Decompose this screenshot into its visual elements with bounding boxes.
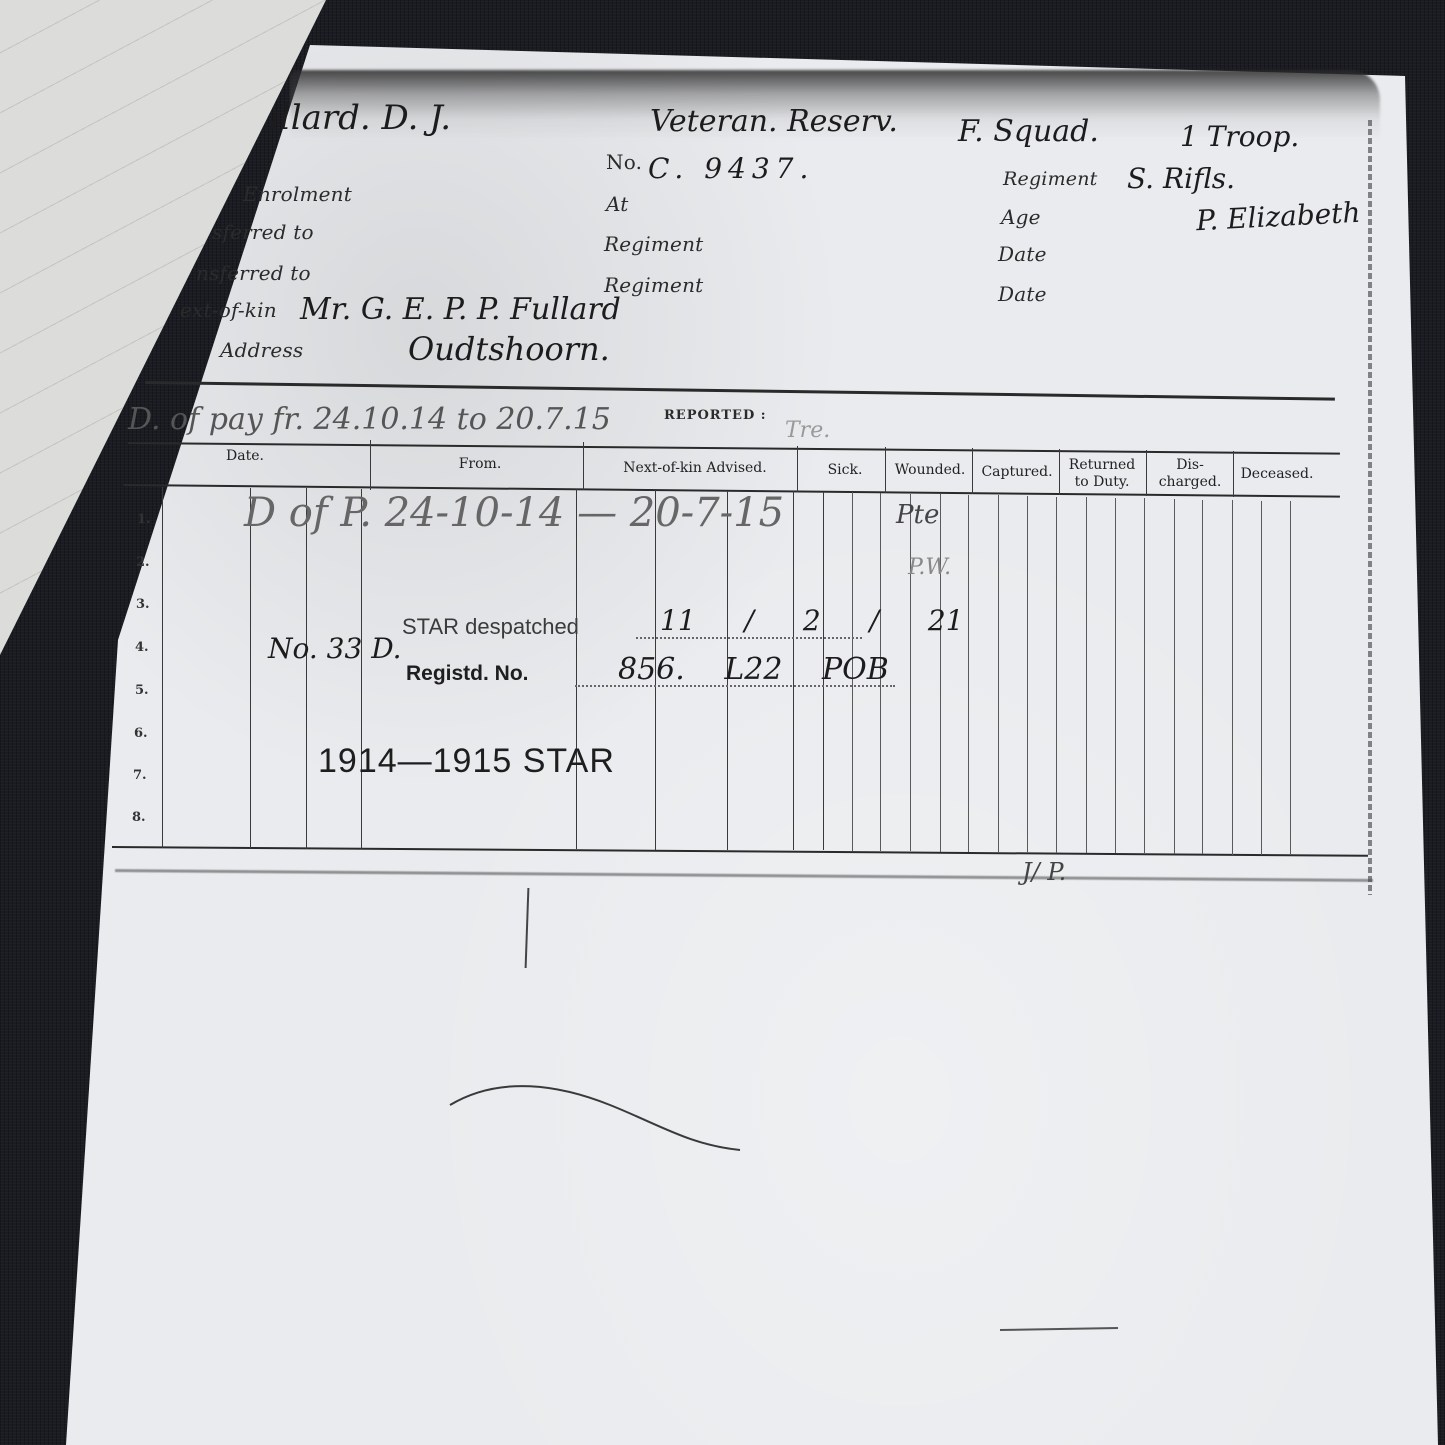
col-wounded: Wounded. <box>888 462 972 479</box>
right-regiment-label: Regiment <box>1003 168 1098 190</box>
table-column-line <box>361 489 362 849</box>
at-label: At <box>606 192 629 216</box>
address-label: Address <box>220 338 303 362</box>
col-sick: Sick. <box>805 462 885 479</box>
table-column-line <box>576 489 577 849</box>
col-date: Date. <box>190 448 300 465</box>
table-column-line <box>306 488 307 848</box>
table-column-line <box>1261 501 1262 855</box>
table-column-line <box>910 494 911 852</box>
star-despatched-dots <box>636 637 862 639</box>
row-number-4: 4. <box>135 640 149 655</box>
row-number-7: 7. <box>133 768 147 783</box>
row-number-1: 1. <box>137 512 151 527</box>
transferred-label-2: nsferred to <box>196 261 311 285</box>
row-number-2: 2. <box>136 555 150 570</box>
col-from: From. <box>420 456 540 473</box>
row1-entry: D of P. 24-10-14 — 20-7-15 <box>244 490 784 536</box>
table-column-line <box>162 487 163 848</box>
right-regiment-value: S. Rifls. <box>1127 162 1235 195</box>
col-sep <box>885 447 886 493</box>
row1-rank: Pte <box>896 500 939 530</box>
col-captured: Captured. <box>975 464 1059 481</box>
col-deceased: Deceased. <box>1236 466 1318 483</box>
row-number-8: 8. <box>132 810 146 825</box>
table-column-line <box>250 488 251 849</box>
table-column-line <box>1056 497 1057 853</box>
star-despatched-date: 11 / 2 / 21 <box>660 604 964 637</box>
registd-label: Registd. No. <box>406 662 529 686</box>
table-column-line <box>940 494 941 851</box>
soldier-name: ullard. D. J. <box>258 98 451 138</box>
table-column-line <box>1202 500 1203 855</box>
medal-stamp: 1914—1915 STAR <box>318 742 615 781</box>
col-sep <box>972 448 973 494</box>
col-sep <box>797 446 798 492</box>
footer-initials: J/ P. <box>1022 858 1066 886</box>
service-number: C. 9437. <box>648 152 814 185</box>
col-sep <box>1146 450 1147 496</box>
age-label: Age <box>1001 205 1041 229</box>
pay-annotation: D. of pay fr. 24.10.14 to 20.7.15 <box>128 402 611 437</box>
date-label-2: Date <box>998 282 1047 306</box>
row-number-3: 3. <box>136 597 150 612</box>
table-column-line <box>998 495 999 852</box>
transferred-label-1: sferred to <box>212 220 314 244</box>
table-column-line <box>1232 500 1233 854</box>
next-of-kin-value: Mr. G. E. P. P. Fullard <box>300 292 621 327</box>
enrolment-label: Enrolment <box>243 182 352 206</box>
address-value: Oudtshoorn. <box>408 330 610 368</box>
pay-annotation-tail: Tre. <box>785 418 830 443</box>
squad-name: F. Squad. <box>958 114 1099 149</box>
table-column-line <box>968 495 969 852</box>
col-returned-to-duty: Returned to Duty. <box>1060 457 1144 491</box>
regiment-label-1: Regiment <box>604 232 703 256</box>
number-label: No. <box>606 150 642 174</box>
pencil-curve <box>440 1075 760 1155</box>
troop-name: 1 Troop. <box>1180 120 1299 153</box>
row2-note: P.W. <box>908 555 951 580</box>
table-column-line <box>1290 501 1291 855</box>
col-sep <box>583 442 584 490</box>
registd-number: 856. L22 POB <box>618 652 889 687</box>
row-number-5: 5. <box>135 683 149 698</box>
table-column-line <box>1086 497 1087 853</box>
table-column-line <box>1144 498 1145 853</box>
row-number-6: 6. <box>134 726 148 741</box>
reported-label: REPORTED : <box>664 408 767 423</box>
date-label-1: Date <box>998 242 1047 266</box>
side-note: No. 33 D. <box>268 632 402 665</box>
scan-right-edge <box>1368 120 1372 895</box>
table-column-line <box>1115 498 1116 854</box>
star-despatched-label: STAR despatched <box>402 614 579 640</box>
table-column-line <box>1174 499 1175 854</box>
table-column-line <box>1027 496 1028 853</box>
col-sep <box>1233 451 1234 497</box>
next-of-kin-label: ext-of-kin <box>180 298 277 322</box>
unit-name: Veteran. Reserv. <box>650 104 898 139</box>
col-discharged: Dis- charged. <box>1150 457 1230 491</box>
col-sep <box>370 440 371 490</box>
col-next-of-kin-advised: Next-of-kin Advised. <box>600 460 790 477</box>
